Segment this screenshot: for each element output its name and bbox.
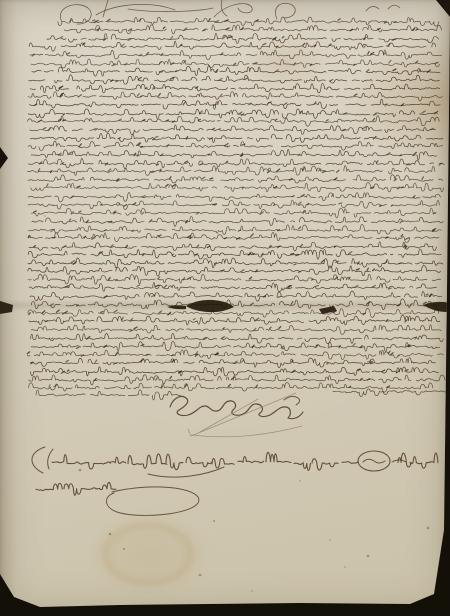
handwriting-layer — [0, 0, 450, 616]
paper-sheet — [0, 0, 450, 616]
manuscript-photo — [0, 0, 450, 616]
